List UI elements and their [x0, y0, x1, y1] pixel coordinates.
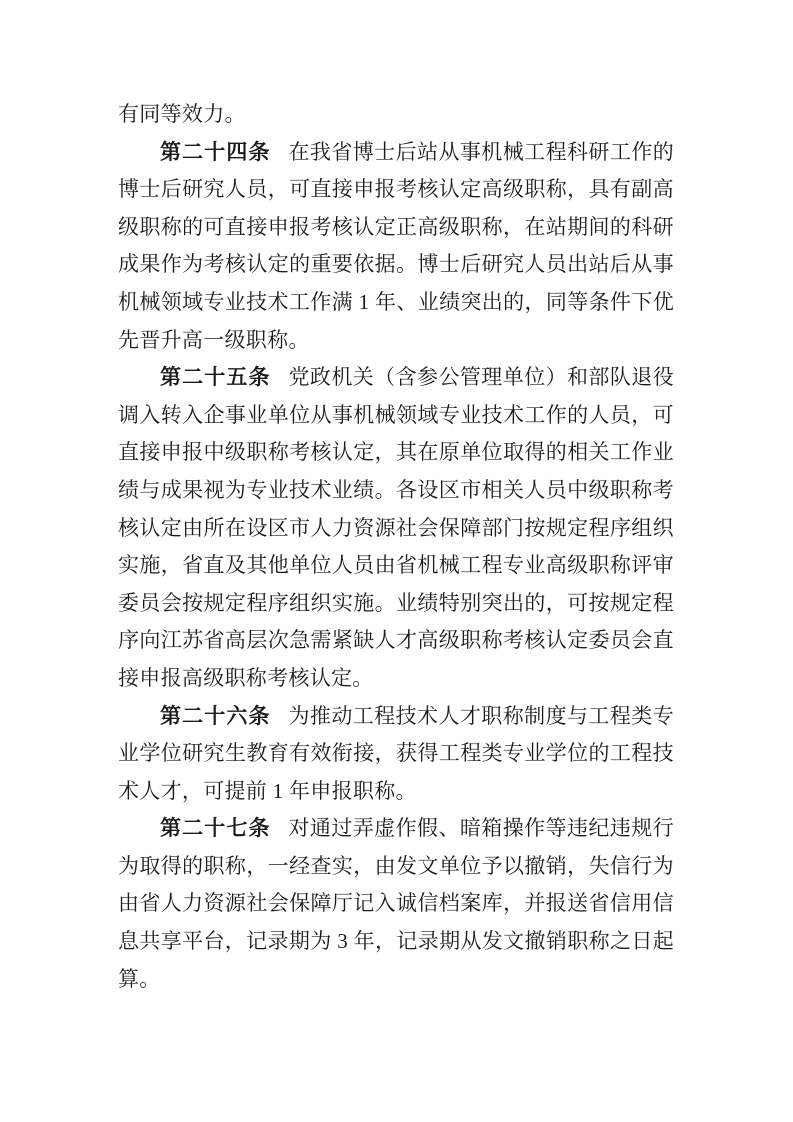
paragraph-text: 党政机关（含参公管理单位）和部队退役调入转入企事业单位从事机械领域专业技术工作的… — [118, 365, 674, 690]
paragraph-article-24: 第二十四条在我省博士后站从事机械工程科研工作的博士后研究人员，可直接申报考核认定… — [118, 134, 674, 360]
paragraph-article-25: 第二十五条党政机关（含参公管理单位）和部队退役调入转入企事业单位从事机械领域专业… — [118, 359, 674, 697]
paragraph-article-26: 第二十六条为推动工程技术人才职称制度与工程类专业学位研究生教育有效衔接，获得工程… — [118, 698, 674, 811]
article-24-heading: 第二十四条 — [160, 141, 271, 164]
article-25-heading: 第二十五条 — [160, 366, 271, 389]
document-page: 有同等效力。 第二十四条在我省博士后站从事机械工程科研工作的博士后研究人员，可直… — [0, 0, 793, 1122]
article-26-heading: 第二十六条 — [160, 705, 271, 728]
paragraph-text: 对通过弄虚作假、暗箱操作等违纪违规行为取得的职称，一经查实，由发文单位予以撤销，… — [118, 816, 674, 990]
article-27-heading: 第二十七条 — [160, 817, 271, 840]
paragraph-text: 有同等效力。 — [118, 102, 246, 126]
paragraph-text: 在我省博士后站从事机械工程科研工作的博士后研究人员，可直接申报考核认定高级职称，… — [118, 140, 674, 352]
paragraph-continuation: 有同等效力。 — [118, 96, 674, 134]
paragraph-article-27: 第二十七条对通过弄虚作假、暗箱操作等违纪违规行为取得的职称，一经查实，由发文单位… — [118, 810, 674, 998]
